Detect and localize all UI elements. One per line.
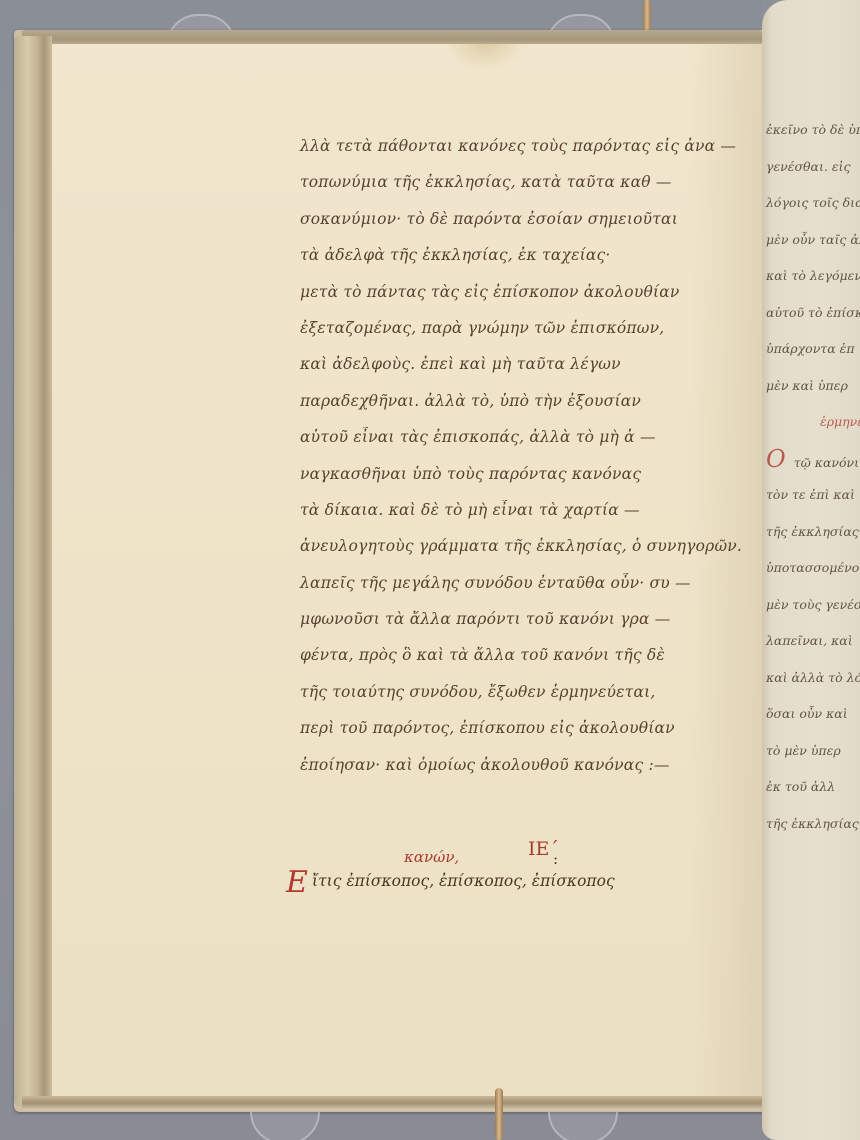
rubric-colon: : (553, 850, 558, 868)
facing-line: τῆς ἐκκλησίας (766, 514, 860, 551)
facing-line: καὶ ἀλλὰ τὸ λόγ (766, 660, 860, 697)
book-spine (14, 36, 52, 1106)
text-line: καὶ ἀδελφοὺς. ἐπεὶ καὶ μὴ ταῦτα λέγων (300, 346, 690, 382)
facing-line: καὶ τὸ λεγόμενον (766, 258, 860, 295)
text-line: τῆς τοιαύτης συνόδου, ἔξωθεν ἑρμηνεύεται… (300, 674, 690, 710)
text-line: φέντα, πρὸς ὃ καὶ τὰ ἄλλα τοῦ κανόνι τῆς… (300, 637, 690, 673)
book-bottom-edge (22, 1096, 762, 1110)
text-line: λαπεῖς τῆς μεγάλης συνόδου ἐνταῦθα οὖν· … (300, 565, 690, 601)
facing-line: τὸν τε ἐπὶ καὶ (766, 477, 860, 514)
manuscript-text: λλὰ τετὰ πάθονται κανόνες τοὺς παρόντας … (300, 128, 690, 783)
facing-line: ἐκεῖνο τὸ δὲ ὑπὲρ (766, 112, 860, 149)
text-line: τὰ δίκαια. καὶ δὲ τὸ μὴ εἶναι τὰ χαρτία … (300, 492, 690, 528)
text-line: μφωνοῦσι τὰ ἄλλα παρόντι τοῦ κανόνι γρα … (300, 601, 690, 637)
text-line: τοπωνύμια τῆς ἐκκλησίας, κατὰ ταῦτα καθ … (300, 164, 690, 200)
text-line: αὐτοῦ εἶναι τὰς ἐπισκοπάς, ἀλλὰ τὸ μὴ ἀ … (300, 419, 690, 455)
facing-line: ὑπάρχοντα ἐπ (766, 331, 860, 368)
text-line: ναγκασθῆναι ὑπὸ τοὺς παρόντας κανόνας (300, 456, 690, 492)
text-line: τὰ ἀδελφὰ τῆς ἐκκλησίας, ἐκ ταχείας· (300, 237, 690, 273)
text-line-final: ἴτις ἐπίσκοπος, ἐπίσκοπος, ἐπίσκοπος (312, 872, 615, 890)
facing-line: μὲν τοὺς γενέσθ (766, 587, 860, 624)
paper-stain (445, 44, 525, 70)
text-line: περὶ τοῦ παρόντος, ἐπίσκοπου εἰς ἀκολουθ… (300, 710, 690, 746)
text-line: ἐποίησαν· καὶ ὁμοίως ἀκολουθοῦ κανόνας :… (300, 747, 690, 783)
facing-line: τὸ μὲν ὑπερ (766, 733, 860, 770)
facing-line: μὲν καὶ ὑπερ (766, 368, 860, 405)
facing-rubric: ἑρμηνεία (766, 404, 860, 441)
text-line: λλὰ τετὰ πάθονται κανόνες τοὺς παρόντας … (300, 128, 690, 164)
facing-line-text: τῷ κανόνι (794, 455, 859, 470)
rubric-heading: κανών, (404, 848, 459, 866)
decorated-initial: Ε (286, 866, 308, 900)
facing-line: ἐκ τοῦ ἀλλ (766, 769, 860, 806)
facing-line: γενέσθαι. εἰς (766, 149, 860, 186)
facing-line: τῆς ἐκκλησίας (766, 806, 860, 843)
facing-line: μὲν οὖν ταῖς ἀλλ (766, 222, 860, 259)
facing-line: Οτῷ κανόνι (766, 441, 860, 478)
facing-line: ὑποτασσομένους (766, 550, 860, 587)
page-gutter-shade (690, 44, 762, 1098)
page-holder-stick-bottom (495, 1088, 503, 1140)
text-line: μετὰ τὸ πάντας τὰς εἰς ἐπίσκοπον ἀκολουθ… (300, 274, 690, 310)
facing-line: ὅσαι οὖν καὶ (766, 696, 860, 733)
facing-decorated-initial: Ο (766, 445, 786, 473)
facing-page-text: ἐκεῖνο τὸ δὲ ὑπὲρ γενέσθαι. εἰς λόγοις τ… (766, 112, 860, 842)
text-line: σοκανύμιον· τὸ δὲ παρόντα ἐσοίαν σημειοῦ… (300, 201, 690, 237)
facing-line: αὐτοῦ τὸ ἐπίσκο (766, 295, 860, 332)
facing-line: λαπεῖναι, καὶ (766, 623, 860, 660)
text-line: ἐξεταζομένας, παρὰ γνώμην τῶν ἐπισκόπων, (300, 310, 690, 346)
text-line: ἀνευλογητοὺς γράμματα τῆς ἐκκλησίας, ὁ σ… (300, 528, 690, 564)
text-line: παραδεχθῆναι. ἀλλὰ τὸ, ὑπὸ τὴν ἐξουσίαν (300, 383, 690, 419)
facing-line: λόγοις τοῖς δια (766, 185, 860, 222)
